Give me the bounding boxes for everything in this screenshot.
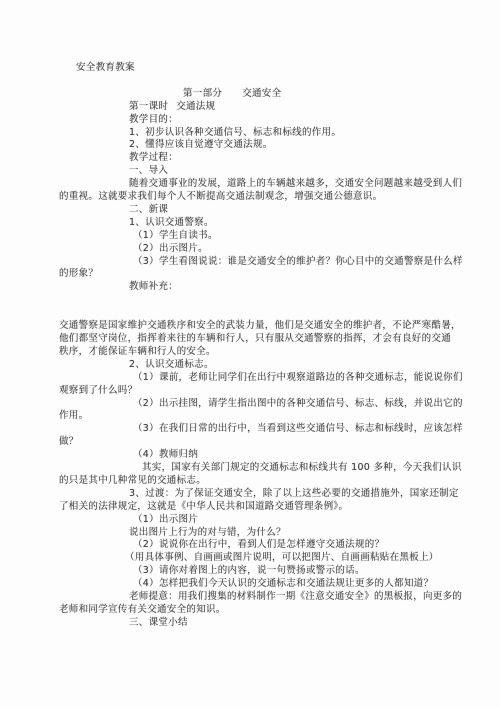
doc-line-objective-2: 2、懂得应该自觉遵守交通法规。	[129, 139, 444, 152]
doc-line: 他们都坚守岗位，指挥着来往的车辆和行人，只有服从交通警察的指挥，才会有良好的交通	[59, 333, 444, 346]
document-title: 安全教育教案	[76, 62, 444, 75]
doc-line: 交通警察是国家维护交通秩序和安全的武装力量，他们是交通安全的维护者，不论严寒酷暑…	[59, 320, 444, 333]
doc-line-objective-1: 1、初步认识各种交通信号、标志和标线的作用。	[129, 127, 444, 140]
part-heading-label: 第一部分	[183, 88, 222, 99]
doc-line: （3）学生看图说说：谁是交通安全的维护者？你心目中的交通警察是什么样	[133, 256, 444, 269]
lesson-heading-label: 第一课时	[129, 101, 168, 112]
doc-line: 的形象？	[59, 268, 444, 281]
doc-line-section-intro: 一、导入	[129, 165, 444, 178]
doc-line: （2）出示图片。	[133, 243, 444, 256]
doc-line: （3）请你对着图上的内容，说一句赞扬或警示的话。	[133, 565, 444, 578]
document-page: 安全教育教案 第一部分交通安全 第一课时交通法规 教学目的： 1、初步认识各种交…	[0, 0, 500, 707]
doc-line: 老师提意：用我们搜集的材料制作一期《注意交通安全》的黑板报，向更多的	[129, 591, 444, 604]
doc-line-objectives-heading: 教学目的：	[129, 114, 444, 127]
doc-line: 做？	[59, 436, 444, 449]
doc-line: 秩序，才能保证车辆和行人的安全。	[59, 346, 444, 359]
doc-line: 的只是其中几种常见的交通标志。	[59, 475, 444, 488]
doc-line: （4）教师归纳	[133, 449, 444, 462]
doc-line: （2）说说你在出行中，看到人们是怎样遵守交通法规的？	[133, 539, 444, 552]
doc-line: （用具体事例、自画画或图片说明，可以把图片、自画画粘贴在黑板上）	[125, 552, 444, 565]
doc-line: 老师和同学宣传有关交通安全的知识。	[59, 604, 444, 617]
doc-line: 1、认识交通警察。	[129, 217, 444, 230]
document-content: 安全教育教案 第一部分交通安全 第一课时交通法规 教学目的： 1、初步认识各种交…	[59, 62, 444, 630]
doc-line: （3）在我们日常的出行中，当看到这些交通信号、标志和标线时，应该怎样	[133, 423, 444, 436]
doc-line-section-summary: 三、课堂小结	[129, 617, 444, 630]
part-heading: 第一部分交通安全	[183, 88, 444, 101]
lesson-heading: 第一课时交通法规	[129, 101, 444, 114]
doc-line: （2）出示挂图，请学生指出图中的各种交通信号、标志、标线，并说出它的	[133, 398, 444, 411]
doc-line: 其实，国家有关部门规定的交通标志和标线共有 100 多种，今天我们认识	[142, 462, 444, 475]
doc-line: 3、过渡：为了保证交通安全，除了以上这些必要的交通措施外，国家还制定	[129, 488, 444, 501]
doc-line: 观察到了什么吗？	[59, 385, 444, 398]
blank-line	[59, 307, 444, 320]
blank-line	[59, 75, 444, 88]
doc-line: 2、认识交通标志。	[129, 359, 444, 372]
blank-line	[59, 294, 444, 307]
doc-line: （1）课前，老师让同学们在出行中观察道路边的各种交通标志，能说说你们	[133, 372, 444, 385]
doc-line: 作用。	[59, 410, 444, 423]
part-heading-subject: 交通安全	[242, 88, 281, 101]
doc-line: （1）出示图片	[133, 514, 444, 527]
doc-line-teacher-supplement: 教师补充：	[129, 281, 444, 294]
doc-line: 的重视。这就要求我们每个人不断提高交通法制观念，增强交通公德意识。	[59, 191, 444, 204]
doc-line: （1）学生自读书。	[133, 230, 444, 243]
doc-line: （4）怎样把我们今天认识的交通标志和交通法规让更多的人都知道？	[133, 578, 444, 591]
doc-line: 了相关的法律规定，这就是《中华人民共和国道路交通管理条例》。	[59, 501, 444, 514]
lesson-heading-topic: 交通法规	[176, 101, 215, 114]
doc-line-process-heading: 教学过程：	[129, 152, 444, 165]
doc-line: 随着交通事业的发展，道路上的车辆越来越多，交通安全问题越来越受到人们	[129, 178, 444, 191]
doc-line: 说出图片上行为的对与错，为什么？	[129, 527, 444, 540]
doc-line-section-newlesson: 二、新课	[129, 204, 444, 217]
